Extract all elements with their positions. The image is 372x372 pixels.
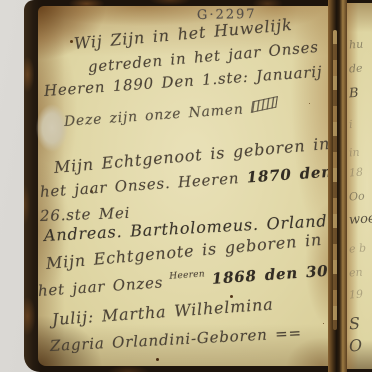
right-page-fragment: 18 [349,166,364,180]
right-page-fragment: in [349,146,360,160]
right-page-fragment: B [348,86,359,102]
right-page-fragment: woe [349,211,372,228]
torn-binding-strands [333,30,337,330]
photograph-of-register-book: G·2297 Wij Zijn in het Huwelijk getreden… [0,0,372,372]
right-page-fragment: 19 [349,288,364,302]
inserted-word-heeren: Heeren [169,269,205,281]
right-page-fragment: e b [349,241,367,255]
right-page-fragment: en [349,266,363,280]
right-page-fragment: S [348,314,360,334]
binding-gutter [328,0,347,372]
right-page-fragment: O [348,336,362,356]
right-page-fragment: de [349,62,363,76]
right-page-fragment: Oo [349,189,366,203]
torn-paper-patch [36,104,68,152]
stain-speckles [70,40,73,43]
right-page-fragment: hu [349,38,364,52]
